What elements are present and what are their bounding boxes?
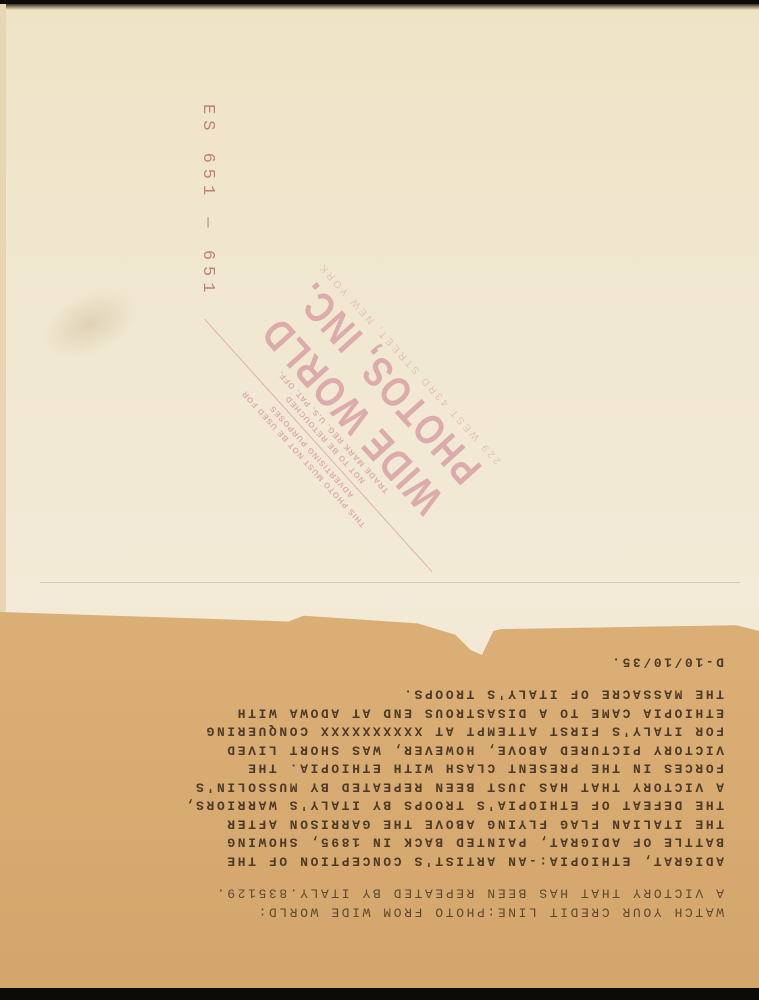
caption-line: FORCES IN THE PRESENT CLASH WITH ETHIOPI…	[24, 759, 724, 778]
photo-back: ES 651 — 651 THIS PHOTO MUST NOT BE USED…	[0, 4, 759, 990]
caption-line: THE ITALIAN FLAG FLYING ABOVE THE GARRIS…	[24, 814, 724, 833]
paper-smudge	[32, 276, 148, 373]
scan-border	[0, 988, 759, 1000]
catalog-number: ES 651 — 651	[198, 104, 217, 298]
fold-line	[40, 582, 740, 583]
spacer	[24, 671, 724, 685]
caption-line: ETHIOPIA CAME TO A DISASTROUS END AT ADO…	[24, 703, 724, 722]
caption-line: ADIGRAT, ETHIOPIA:-AN ARTIST'S CONCEPTIO…	[24, 851, 724, 870]
credit-line: WATCH YOUR CREDIT LINE:PHOTO FROM WIDE W…	[24, 902, 724, 921]
caption-line: A VICTORY THAT HAS JUST BEEN REPEATED BY…	[24, 777, 724, 796]
caption-line: BATTLE OF ADIGRAT, PAINTED BACK IN 1895,…	[24, 833, 724, 852]
caption-line: FOR ITALY'S FIRST ATTEMPT AT XXXXXXXXXX …	[24, 722, 724, 741]
caption-line: THE DEFEAT OF ETHIOPIA'S TROOPS BY ITALY…	[24, 796, 724, 815]
scan-shadow	[0, 4, 759, 10]
caption-strip: WATCH YOUR CREDIT LINE:PHOTO FROM WIDE W…	[0, 612, 759, 990]
date-code: D-10/10/35.	[24, 652, 724, 671]
caption-text: WATCH YOUR CREDIT LINE:PHOTO FROM WIDE W…	[24, 652, 724, 921]
spacer	[24, 870, 724, 884]
wide-world-photos-stamp: THIS PHOTO MUST NOT BE USED FOR ADVERTIS…	[179, 202, 561, 597]
caption-line: THE MASSACRE OF ITALY'S TROOPS.	[24, 685, 724, 704]
caption-line: VICTORY PICTURED ABOVE, HOWEVER, WAS SHO…	[24, 740, 724, 759]
credit-line: A VICTORY THAT HAS BEEN REPEATED BY ITAL…	[24, 884, 724, 903]
